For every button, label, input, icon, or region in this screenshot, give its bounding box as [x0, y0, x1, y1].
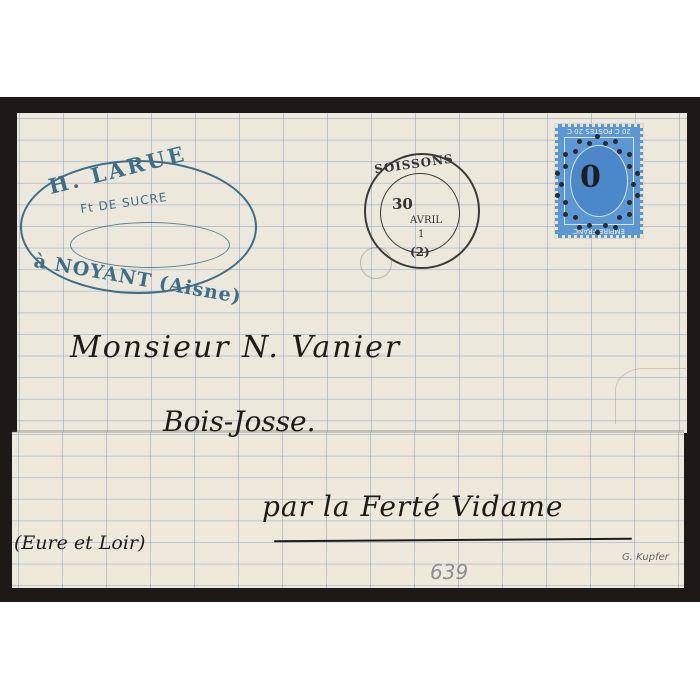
faint-ring-mark [360, 247, 392, 279]
postmark-inner-ring [380, 173, 460, 253]
paper-stain [615, 368, 686, 424]
cachet-trade: Ft DE SUCRE [79, 190, 168, 216]
company-oval-cachet: H. LARUE Ft DE SUCRE à NOYANT (Aisne) [20, 160, 257, 294]
dotted-numeral-cancel [540, 120, 650, 240]
address-department-note: (Eure et Loir) [14, 532, 145, 554]
fold-line [12, 430, 684, 433]
expert-signature: G. Kupfer [622, 552, 669, 563]
pencil-inventory-number: 639 [430, 560, 468, 584]
postmark-year: 1 [418, 229, 424, 240]
address-line-post-town: par la Ferté Vidame [262, 490, 563, 523]
postmark-department: (2) [410, 245, 430, 259]
address-line-recipient: Monsieur N. Vanier [70, 330, 401, 365]
postmark-month: AVRIL [410, 215, 442, 226]
postmark-date: 30 [392, 195, 413, 213]
address-line-locality: Bois-Josse. [163, 405, 316, 438]
